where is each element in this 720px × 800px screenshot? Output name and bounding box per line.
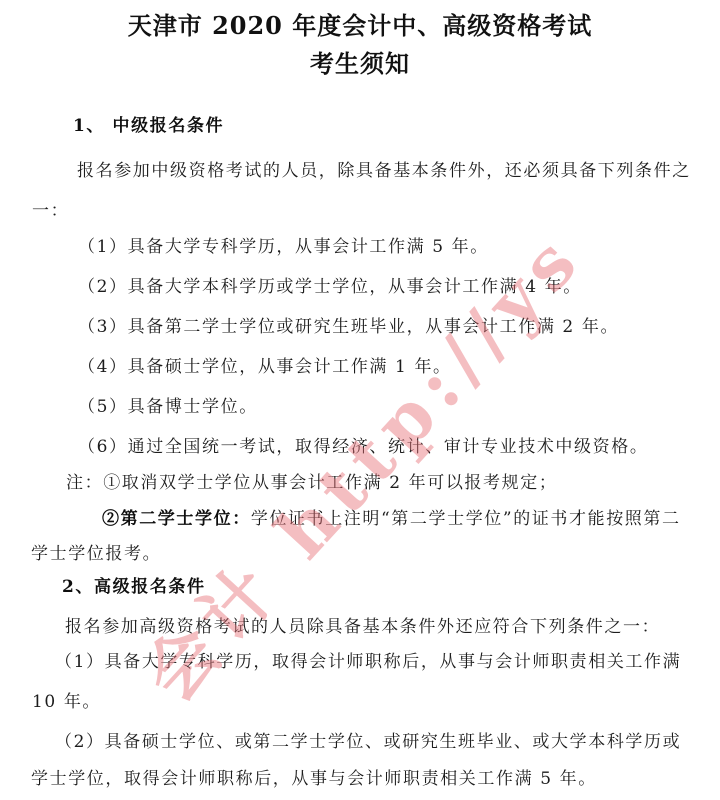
note-line2-rest: 学位证书上注明“第二学士学位”的证书才能按照第二 — [251, 509, 681, 529]
section2-item-2-line2: 学士学位，取得会计师职称后，从事与会计师职责相关工作满 5 年。 — [31, 764, 597, 789]
note-line2: ②第二学士学位：学位证书上注明“第二学士学位”的证书才能按照第二 — [102, 504, 681, 529]
note-line1: 注：①取消双学士学位从事会计工作满 2 年可以报考规定； — [66, 468, 557, 493]
document-content: 天津市 2020 年度会计中、高级资格考试 考生须知 1、 中级报名条件 报名参… — [0, 0, 720, 800]
section1-item-6: （6）通过全国统一考试，取得经济、统计、审计专业技术中级资格。 — [78, 432, 648, 457]
section1-item-2: （2）具备大学本科学历或学士学位，从事会计工作满 4 年。 — [78, 272, 582, 297]
section2-item-1-line2: 10 年。 — [32, 687, 101, 712]
section1-item-4: （4）具备硕士学位，从事会计工作满 1 年。 — [78, 352, 452, 377]
section1-item-1: （1）具备大学专科学历，从事会计工作满 5 年。 — [78, 232, 489, 257]
section2-intro: 报名参加高级资格考试的人员除具备基本条件外还应符合下列条件之一： — [65, 612, 660, 637]
doc-title-line1: 天津市 2020 年度会计中、高级资格考试 — [0, 6, 720, 41]
section1-heading: 1、 中级报名条件 — [73, 111, 224, 136]
section1-intro-line1: 报名参加中级资格考试的人员，除具备基本条件外，还必须具备下列条件之 — [77, 156, 691, 181]
section1-intro-line2: 一： — [32, 196, 69, 221]
section1-item-3: （3）具备第二学士学位或研究生班毕业，从事会计工作满 2 年。 — [78, 312, 619, 337]
document-page: 会计 http://ys 天津市 2020 年度会计中、高级资格考试 考生须知 … — [0, 0, 720, 800]
note-line3: 学士学位报考。 — [31, 539, 161, 564]
doc-title-line2: 考生须知 — [0, 44, 720, 79]
section2-heading: 2、高级报名条件 — [62, 572, 206, 597]
section1-item-5: （5）具备博士学位。 — [78, 392, 258, 417]
note-line2-lead: ②第二学士学位： — [102, 509, 251, 529]
section2-item-2-line1: （2）具备硕士学位、或第二学士学位、或研究生班毕业、或大学本科学历或 — [55, 727, 681, 752]
section2-item-1-line1: （1）具备大学专科学历，取得会计师职称后，从事与会计师职责相关工作满 — [55, 647, 681, 672]
